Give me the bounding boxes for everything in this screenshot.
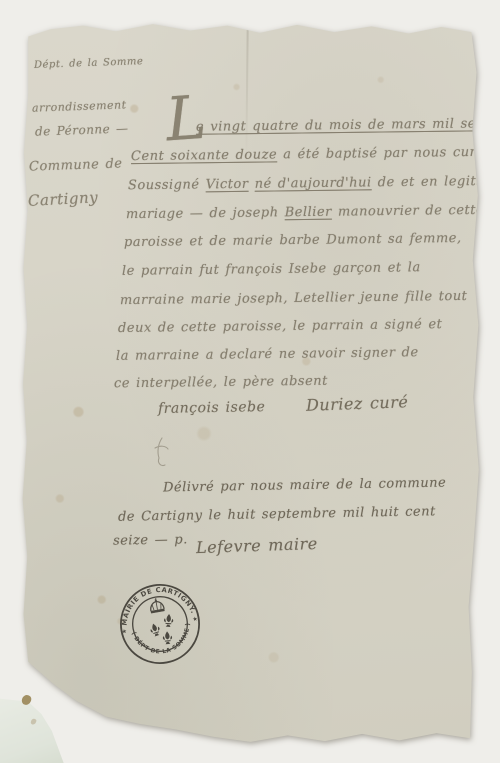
paraph-flourish xyxy=(148,436,174,470)
body-line-4b: manouvrier de cette xyxy=(332,203,484,220)
mairie-stamp: MAIRIE DE CARTIGNY. ( DÉPT DE LA SOMME )… xyxy=(111,575,208,672)
body-line-9: la marraine a declaré ne savoir signer d… xyxy=(116,345,419,364)
body-line-1-text: e vingt quatre du mois de mars mil sept xyxy=(196,116,491,135)
body-line-3: Soussigné Victor né d'aujourd'hui de et … xyxy=(128,174,500,194)
body-line-2: Cent soixante douze a été baptisé par no… xyxy=(131,145,485,164)
signature-priest: Duriez curé xyxy=(306,392,409,415)
margin-arrondissement-line1: arrondissement xyxy=(32,98,127,114)
scanned-document-background: Dépt. de la Somme arrondissement de Péro… xyxy=(0,0,500,763)
margin-commune-line1: Commune de xyxy=(29,156,123,174)
delivery-line-1: Délivré par nous maire de la commune xyxy=(163,476,446,496)
paper-sheet-wrap: Dépt. de la Somme arrondissement de Péro… xyxy=(18,22,483,744)
body-line-3c: de et en legitime xyxy=(372,174,500,191)
fleur-de-lis-icon xyxy=(149,622,162,637)
body-line-10: ce interpellée, le père absent xyxy=(114,374,328,392)
document-paper: Dépt. de la Somme arrondissement de Péro… xyxy=(18,22,483,744)
date-underlined: Cent soixante douze xyxy=(131,147,277,164)
margin-department: Dépt. de la Somme xyxy=(34,56,144,71)
body-line-5: paroisse et de marie barbe Dumont sa fem… xyxy=(124,231,462,250)
body-line-2-rest: a été baptisé par nous curé xyxy=(277,145,485,163)
body-line-3a: Soussigné xyxy=(128,177,206,193)
body-line-6: le parrain fut françois Isebe garçon et … xyxy=(122,260,421,279)
crown-icon xyxy=(149,597,165,613)
body-line-4a: mariage — de joseph xyxy=(126,205,285,222)
fleur-de-lis-icon xyxy=(162,631,172,644)
delivery-line-2: de Cartigny le huit septembre mil huit c… xyxy=(118,504,436,525)
margin-commune-line2: Cartigny xyxy=(28,188,99,210)
stamp-bottom-text: ( DÉPT DE LA SOMME ) xyxy=(130,621,196,660)
margin-arrondissement-line2: de Péronne — xyxy=(35,121,129,138)
stamp-bottom-text-el: ( DÉPT DE LA SOMME ) xyxy=(130,621,196,660)
body-line-1: e vingt quatre du mois de mars mil sept xyxy=(196,116,491,135)
fold-crease xyxy=(245,28,248,158)
birth-underlined: né d'aujourd'hui xyxy=(255,175,372,191)
signature-godfather: françois isebe xyxy=(158,399,266,417)
stamp-right-star-icon: ★ xyxy=(192,615,198,623)
body-line-4: mariage — de joseph Bellier manouvrier d… xyxy=(126,203,484,222)
father-surname-underlined: Bellier xyxy=(285,205,332,221)
child-name-underlined: Victor xyxy=(206,177,249,193)
body-line-7: marraine marie joseph, Letellier jeune f… xyxy=(120,289,468,308)
fleur-de-lis-icon xyxy=(164,614,174,627)
body-line-8: deux de cette paroisse, le parrain a sig… xyxy=(118,317,443,336)
signature-mayor: Lefevre maire xyxy=(196,534,318,557)
stamp-left-star-icon: ★ xyxy=(121,628,127,636)
mairie-stamp-svg: MAIRIE DE CARTIGNY. ( DÉPT DE LA SOMME )… xyxy=(111,575,208,672)
delivery-line-3: seize — p. xyxy=(113,532,188,548)
